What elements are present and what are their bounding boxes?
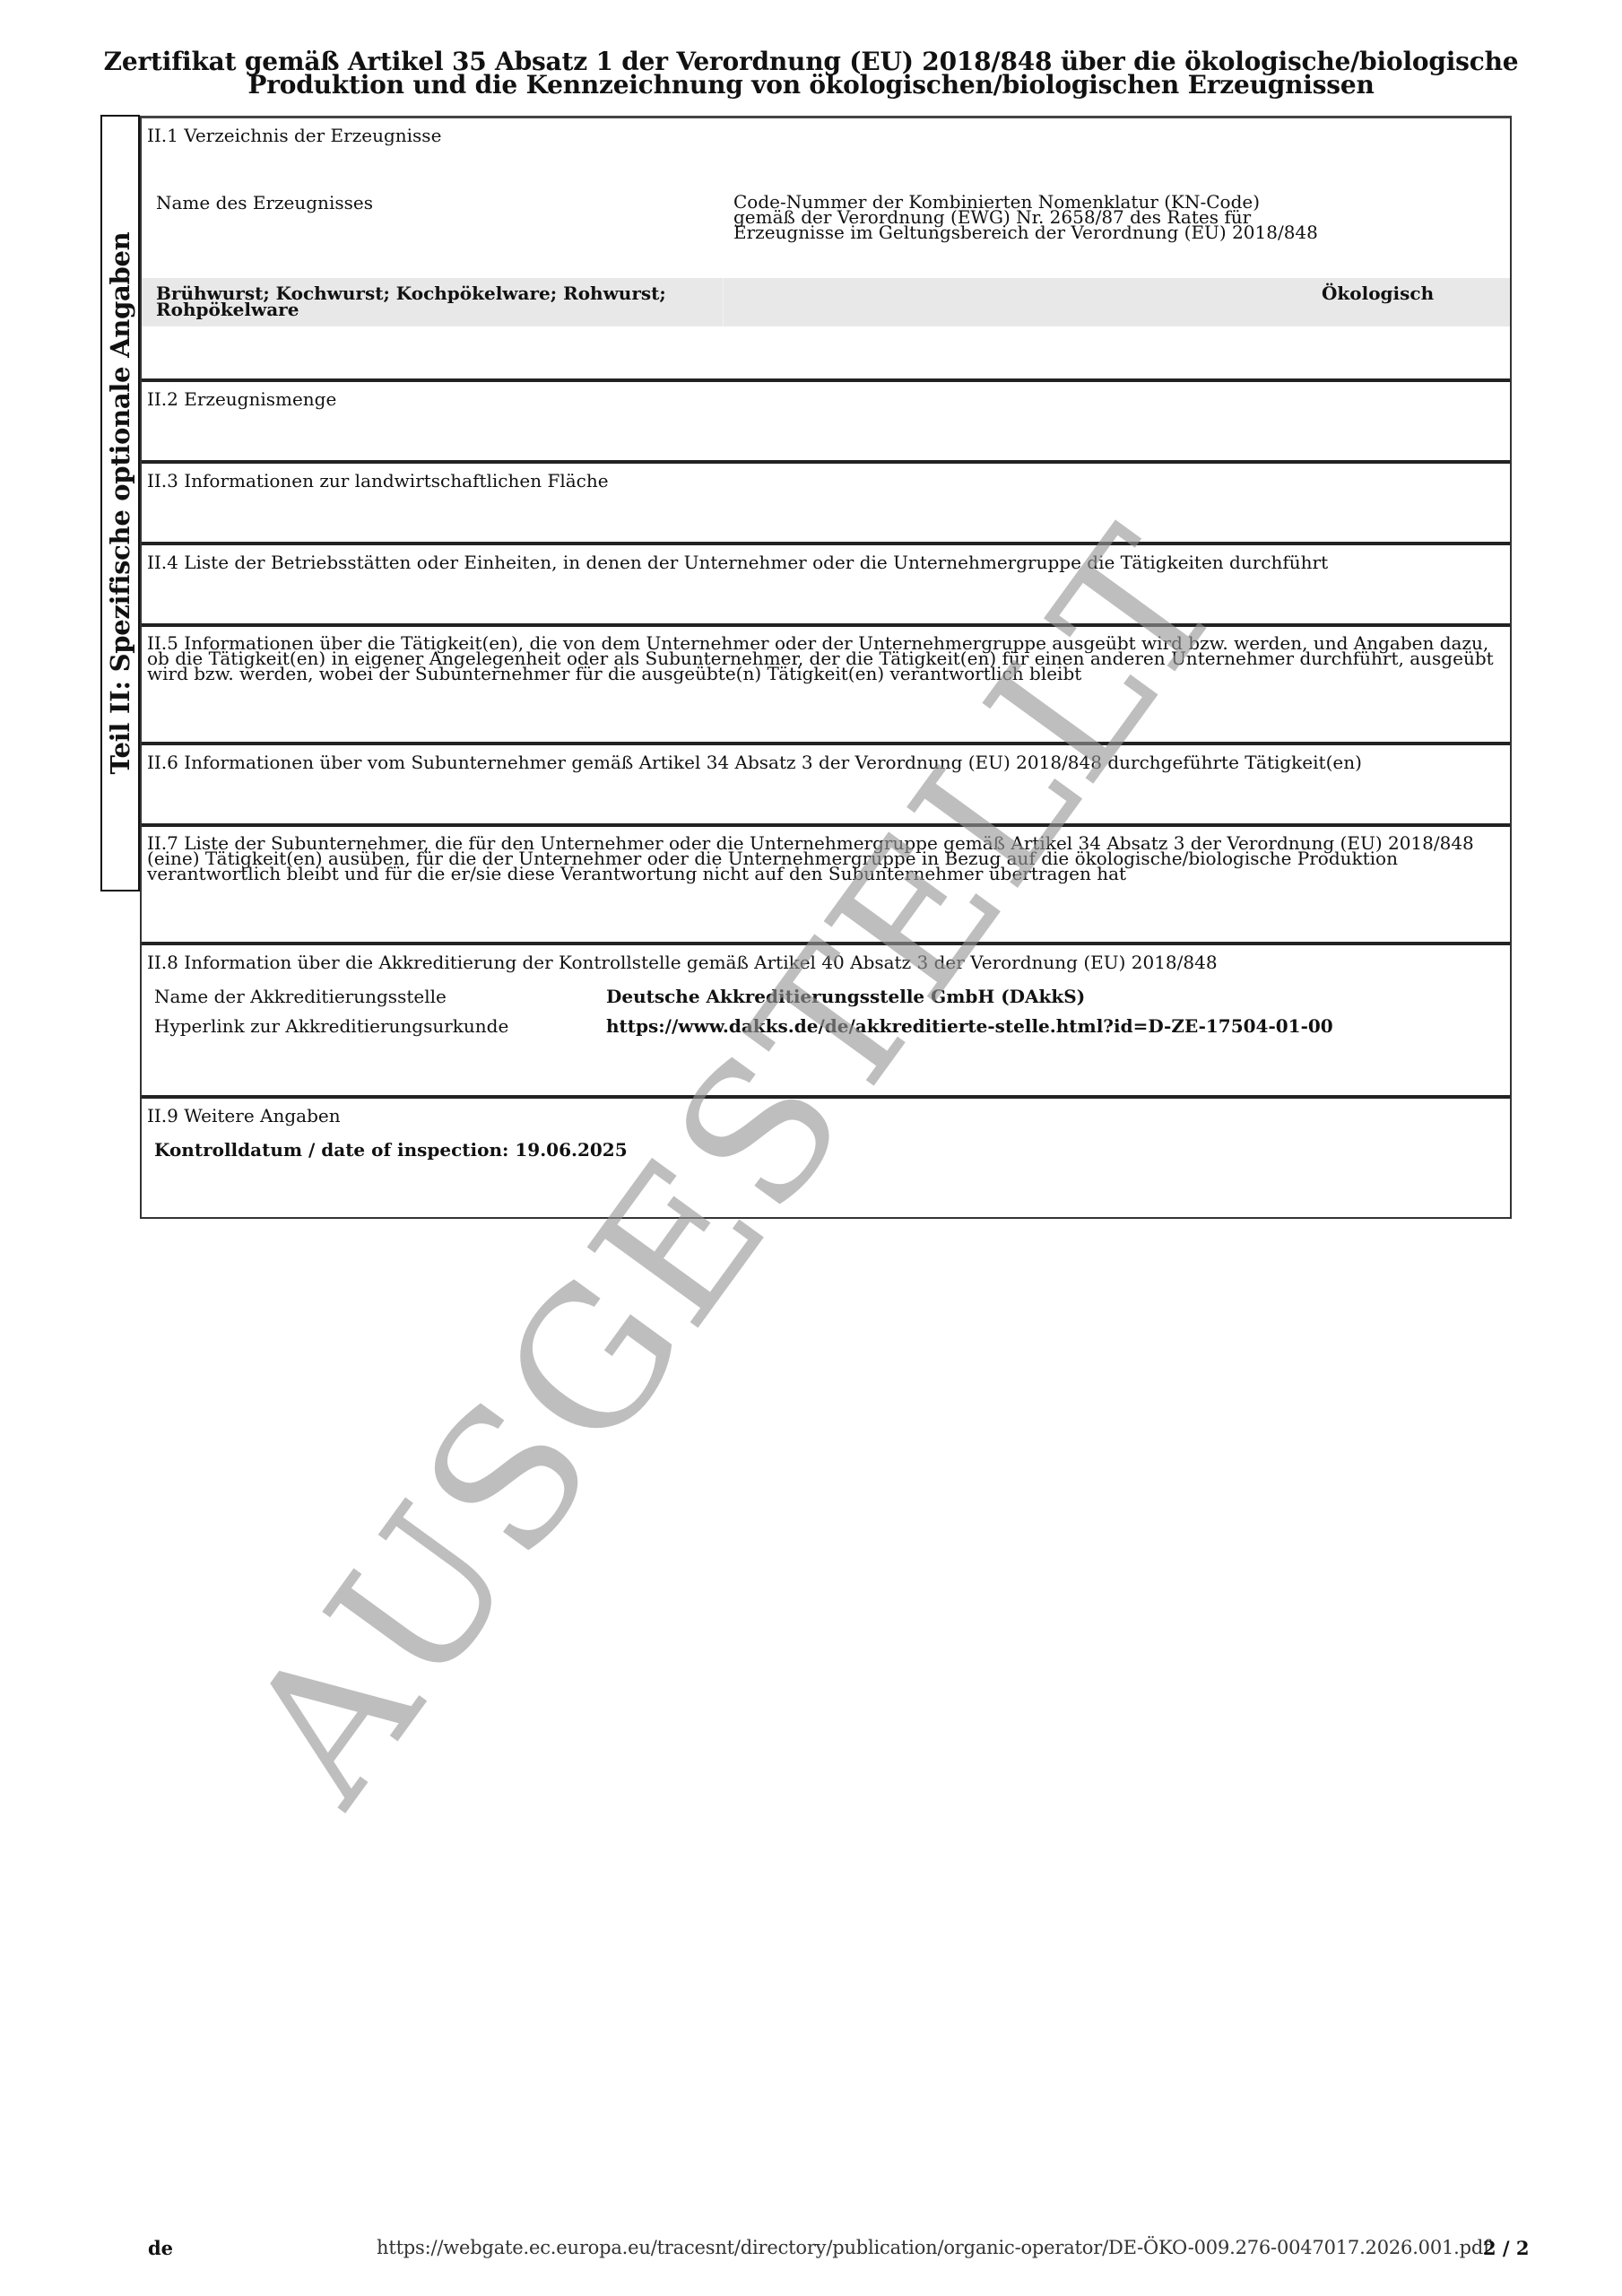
document-title: Zertifikat gemäß Artikel 35 Absatz 1 der…: [0, 50, 1622, 97]
footer-source-url[interactable]: https://webgate.ec.europa.eu/tracesnt/di…: [377, 2237, 1490, 2258]
section-premises-list: II.4 Liste der Betriebsstätten oder Einh…: [142, 542, 1510, 623]
inspection-date: Kontrolldatum / date of inspection: 19.0…: [154, 1142, 628, 1158]
section-title: II.5 Informationen über die Tätigkeit(en…: [147, 636, 1501, 682]
certificate-table: II.1 Verzeichnis der Erzeugnisse Name de…: [140, 116, 1512, 1219]
section-title: II.6 Informationen über vom Subunternehm…: [147, 754, 1501, 770]
footer-language: de: [148, 2237, 173, 2259]
part-label-box: Teil II: Spezifische optionale Angaben: [100, 115, 140, 891]
product-name: Brühwurst; Kochwurst; Kochpökelware; Roh…: [156, 285, 730, 317]
section-accreditation: II.8 Information über die Akkreditierung…: [142, 942, 1510, 1095]
part-label: Teil II: Spezifische optionale Angaben: [105, 232, 135, 775]
section-title: II.8 Information über die Akkreditierung…: [147, 954, 1501, 970]
accreditation-body-label: Name der Akkreditierungsstelle: [154, 988, 447, 1004]
section-product-quantity: II.2 Erzeugnismenge: [142, 378, 1510, 460]
product-status: Ökologisch: [1322, 285, 1434, 301]
column-header-cn-code: Code-Nummer der Kombinierten Nomenklatur…: [733, 195, 1318, 240]
section-products: II.1 Verzeichnis der Erzeugnisse Name de…: [142, 118, 1510, 378]
section-subcontractor-list: II.7 Liste der Subunternehmer, die für d…: [142, 823, 1510, 942]
page-number: 2 / 2: [1483, 2237, 1530, 2259]
section-title: II.3 Informationen zur landwirtschaftlic…: [147, 473, 1501, 489]
section-further-info: II.9 Weitere Angaben Kontrolldatum / dat…: [142, 1095, 1510, 1217]
section-title: II.1 Verzeichnis der Erzeugnisse: [147, 127, 1501, 143]
accreditation-link[interactable]: https://www.dakks.de/de/akkreditierte-st…: [606, 1018, 1333, 1034]
section-agricultural-area: II.3 Informationen zur landwirtschaftlic…: [142, 460, 1510, 542]
section-title: II.4 Liste der Betriebsstätten oder Einh…: [147, 554, 1501, 570]
title-line-2: Produktion und die Kennzeichnung von öko…: [0, 74, 1622, 97]
accreditation-body-value: Deutsche Akkreditierungsstelle GmbH (DAk…: [606, 988, 1085, 1004]
accreditation-link-label: Hyperlink zur Akkreditierungsurkunde: [154, 1018, 508, 1034]
section-activities: II.5 Informationen über die Tätigkeit(en…: [142, 623, 1510, 742]
column-header-product-name: Name des Erzeugnisses: [156, 195, 373, 211]
section-subcontractor-activities: II.6 Informationen über vom Subunternehm…: [142, 742, 1510, 823]
section-title: II.2 Erzeugnismenge: [147, 391, 1501, 407]
section-title: II.7 Liste der Subunternehmer, die für d…: [147, 836, 1501, 882]
section-title: II.9 Weitere Angaben: [147, 1108, 1501, 1124]
table-row: Brühwurst; Kochwurst; Kochpökelware; Roh…: [142, 278, 1510, 326]
